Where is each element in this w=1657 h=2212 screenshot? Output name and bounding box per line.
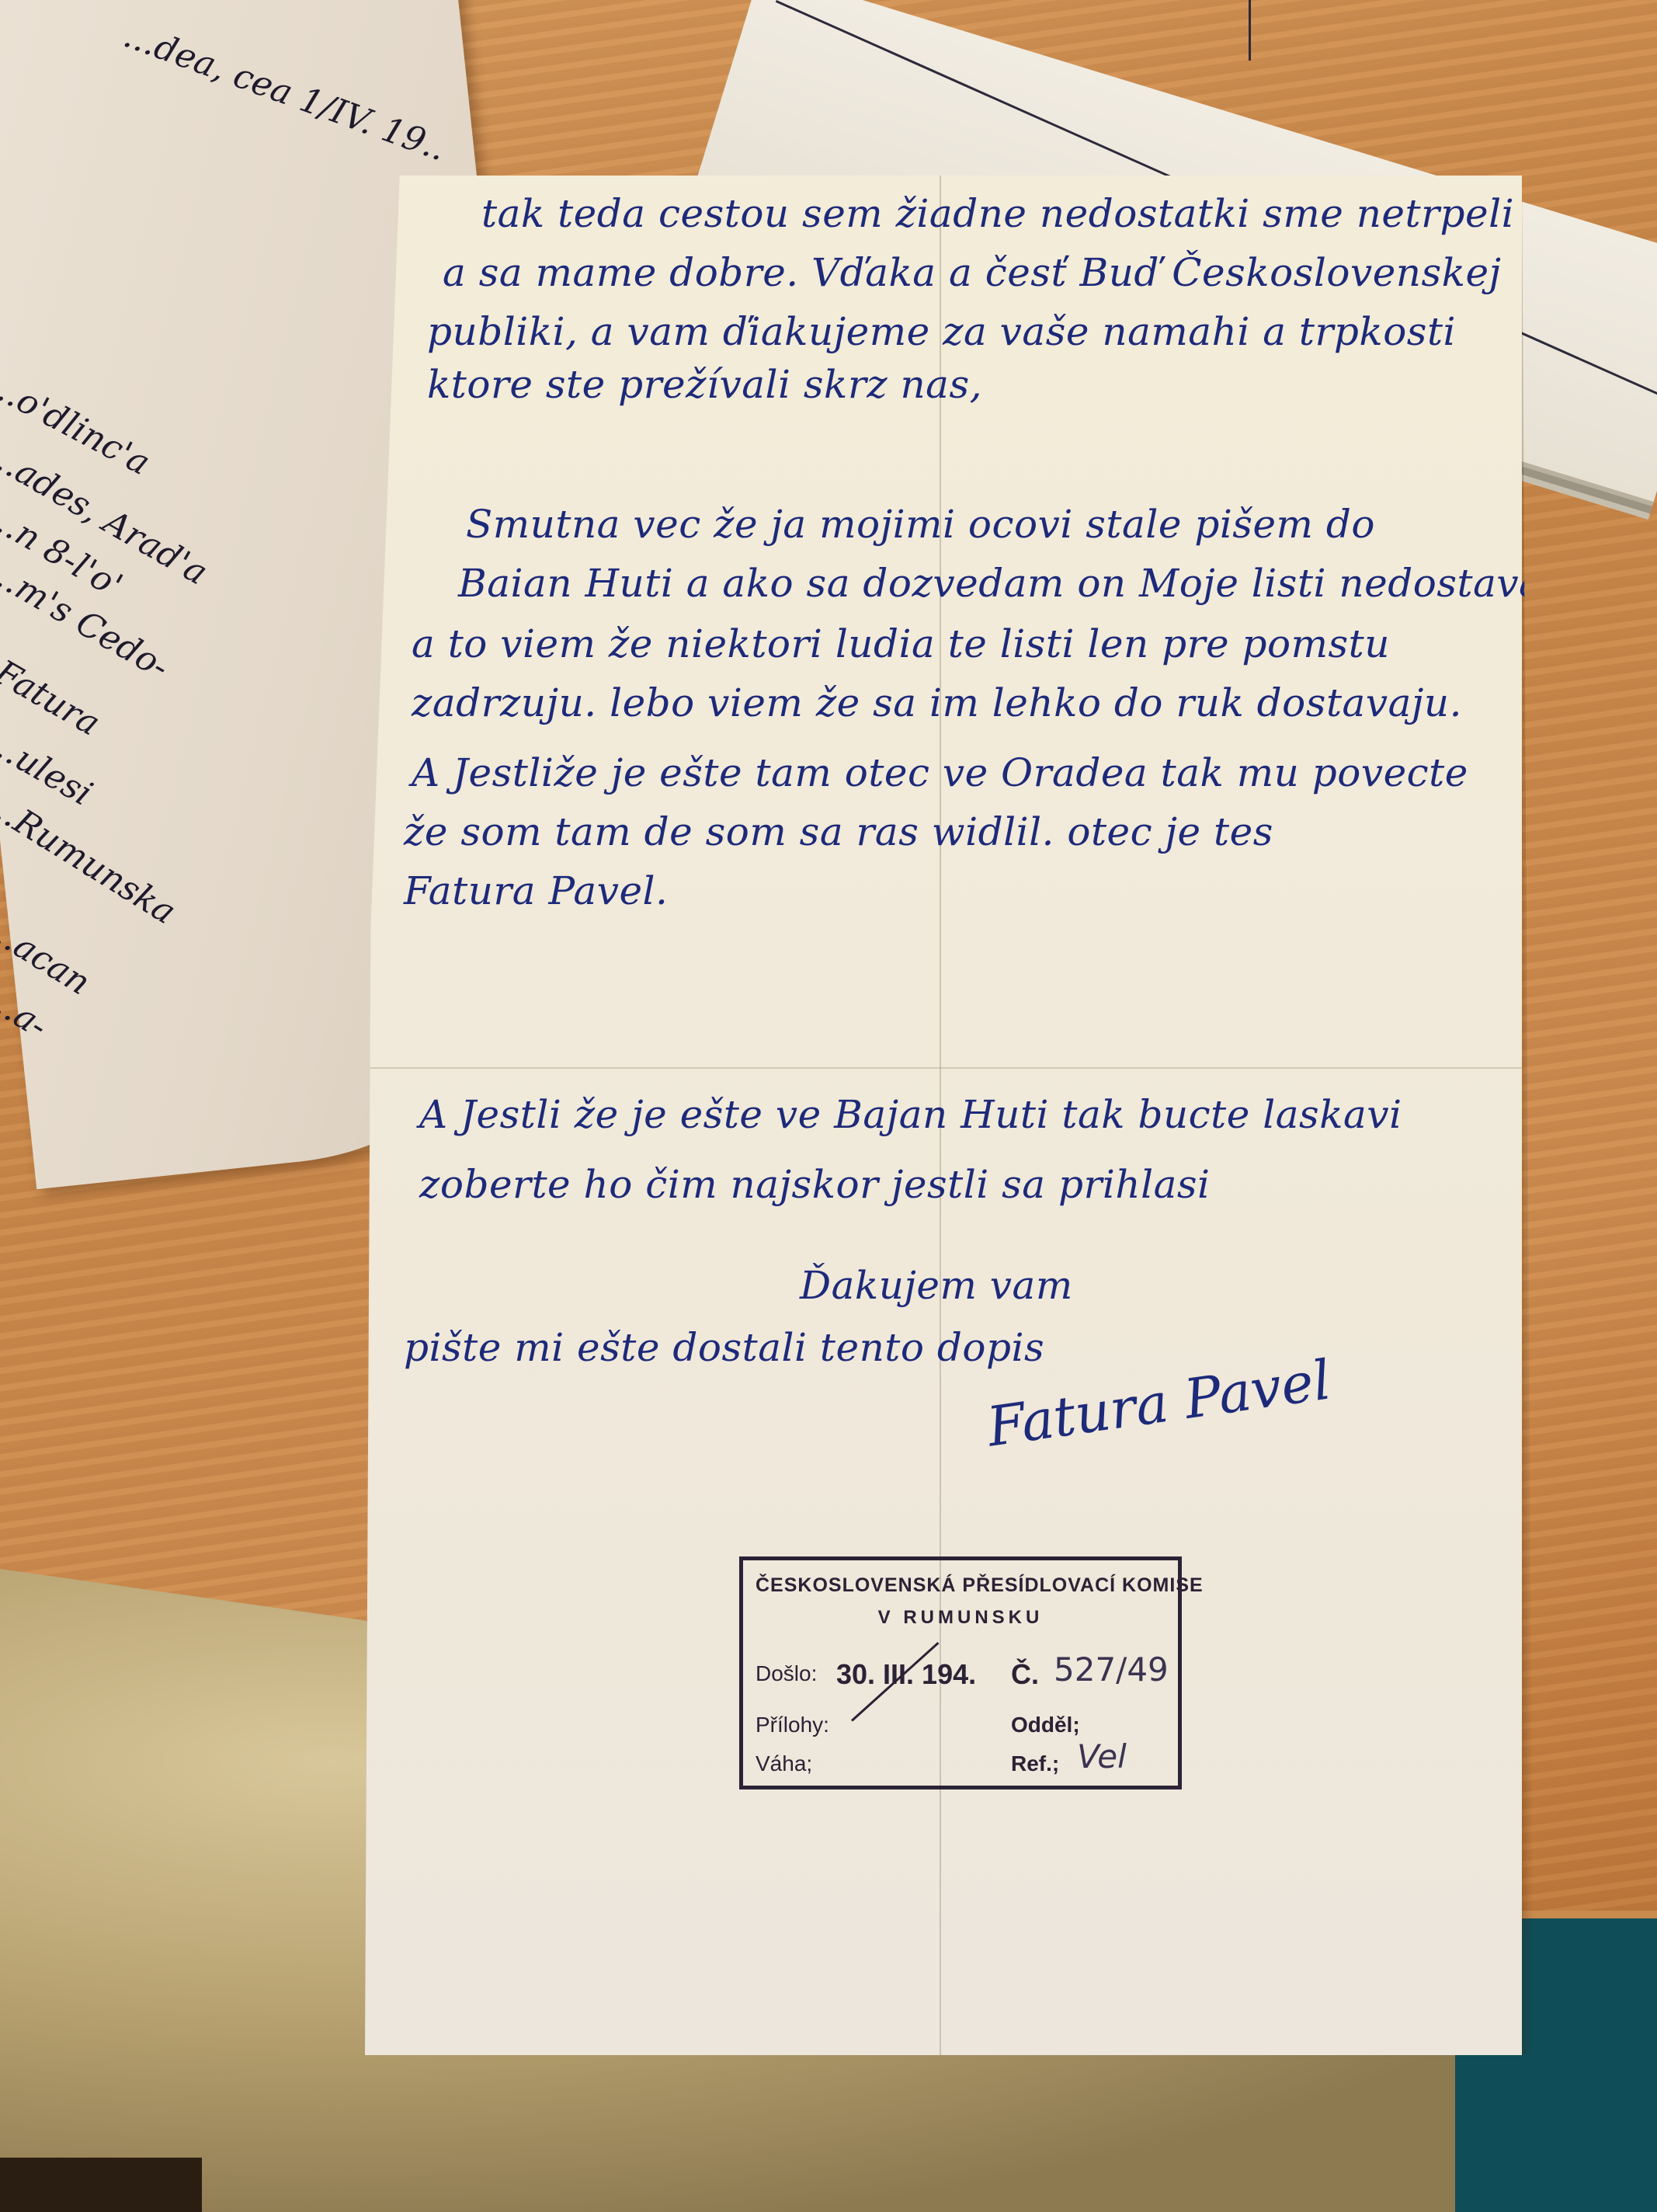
letter-line: A Jestliže je ešte tam otec ve Oradea ta… — [412, 750, 1468, 795]
letter-line: publiki, a vam ďiakujeme za vaše namahi … — [427, 309, 1456, 354]
stamp-weight-label: Váha; — [756, 1751, 812, 1776]
fold-crease-horizontal — [365, 1067, 1522, 1069]
letter-line: zadrzuju. lebo viem že sa im lehko do ru… — [412, 680, 1462, 725]
stamp-ref-label: Ref.; — [1011, 1751, 1059, 1776]
letter-line: a to viem že niektori ludia te listi len… — [412, 621, 1390, 666]
letter-line: Baian Huti a ako sa dozvedam on Moje lis… — [458, 561, 1555, 606]
stamp-received-label: Došlo: — [756, 1661, 817, 1686]
letter-line: tak teda cestou sem žiadne nedostatki sm… — [481, 191, 1514, 236]
dark-corner — [0, 2158, 202, 2212]
stamp-department-label: Odděl; — [1011, 1713, 1080, 1737]
handwritten-letter: tak teda cestou sem žiadne nedostatki sm… — [365, 176, 1522, 2055]
closing-line: Ďakujem vam — [800, 1263, 1073, 1308]
stamp-number-value: 527/49 — [1054, 1650, 1169, 1689]
letter-line: ktore ste prežívali skrz nas, — [427, 362, 982, 407]
letter-line: že som tam de som sa ras widlil. otec je… — [404, 809, 1273, 854]
stamp-title: ČESKOSLOVENSKÁ PŘESÍDLOVACÍ KOMISE — [756, 1574, 1204, 1597]
letter-line: a sa mame dobre. Vďaka a česť Buď Českos… — [443, 250, 1502, 295]
commission-stamp: ČESKOSLOVENSKÁ PŘESÍDLOVACÍ KOMISE V RUM… — [739, 1556, 1182, 1789]
stamp-ref-value: Vel — [1077, 1737, 1127, 1776]
letter-line: Smutna vec že ja mojimi ocovi stale piše… — [466, 502, 1375, 547]
stamp-attachments-label: Přílohy: — [756, 1713, 829, 1737]
stamp-received-date: 30. III. 194. — [836, 1658, 976, 1691]
letter-line: Fatura Pavel. — [404, 868, 668, 913]
postscript-line: pište mi ešte dostali tento dopis — [404, 1325, 1044, 1370]
letter-line: A Jestli že je ešte ve Bajan Huti tak bu… — [419, 1092, 1402, 1137]
stamp-subtitle: V RUMUNSKU — [743, 1607, 1178, 1629]
stamp-number-label: Č. — [1011, 1658, 1039, 1691]
letter-line: zoberte ho čim najskor jestli sa prihlas… — [419, 1162, 1211, 1207]
paper-stack-vertical-line — [1249, 0, 1251, 61]
